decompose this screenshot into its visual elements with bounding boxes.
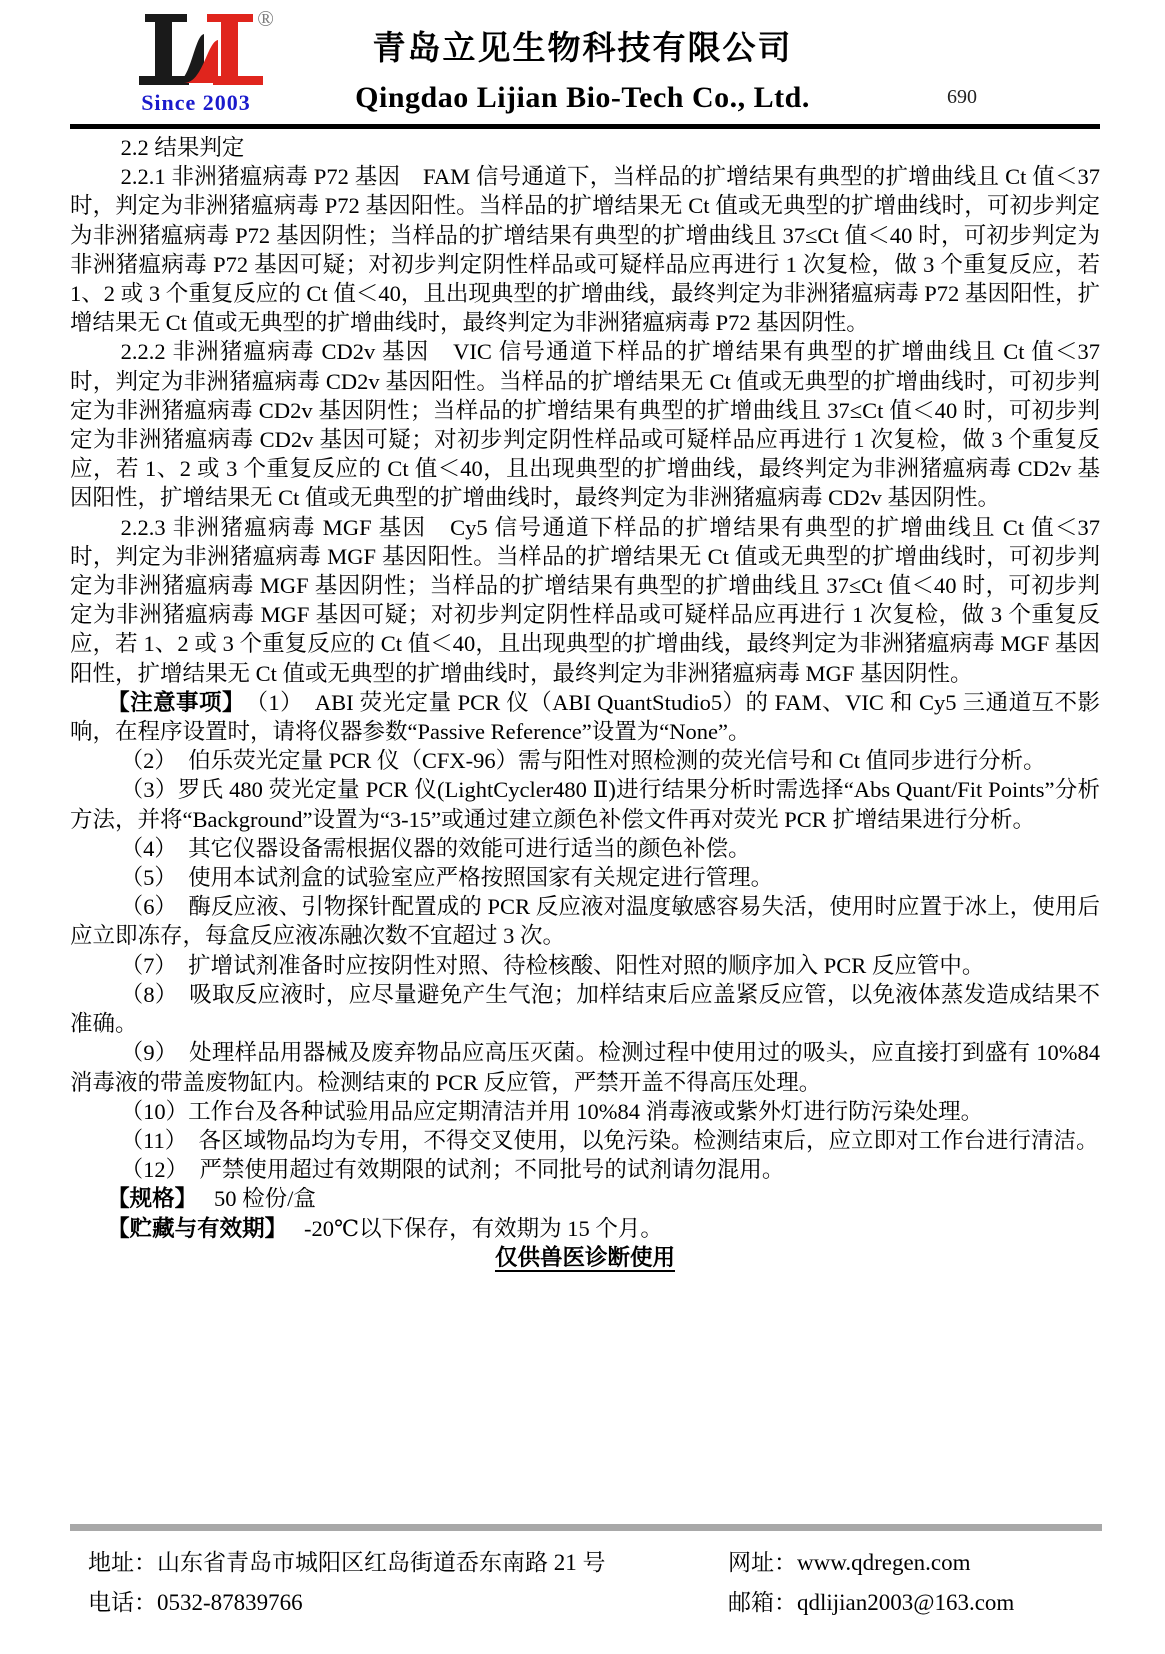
storage-validity-line: 【贮藏与有效期】 -20℃以下保存，有效期为 15 个月。 xyxy=(70,1214,1100,1243)
note-item-5: （5） 使用本试剂盒的试验室应严格按照国家有关规定进行管理。 xyxy=(70,863,1100,892)
spec-line: 【规格】 50 检份/盒 xyxy=(70,1184,1100,1213)
note-item-7: （7） 扩增试剂准备时应按阴性对照、待检核酸、阳性对照的顺序加入 PCR 反应管… xyxy=(70,951,1100,980)
footer-divider-rule xyxy=(70,1524,1102,1531)
footer-row-1: 地址：山东省青岛市城阳区红岛街道岙东南路 21 号 网址：www.qdregen… xyxy=(88,1543,1098,1583)
header-divider-rule xyxy=(70,124,1100,129)
page-footer: 地址：山东省青岛市城阳区红岛街道岙东南路 21 号 网址：www.qdregen… xyxy=(88,1543,1098,1623)
footer-row-2: 电话：0532-87839766 邮箱：qdlijian2003@163.com xyxy=(88,1583,1098,1623)
note-item-4: （4） 其它仪器设备需根据仪器的效能可进行适当的颜色补偿。 xyxy=(70,834,1100,863)
note-item-11: （11） 各区域物品均为专用，不得交叉使用，以免污染。检测结束后，应立即对工作台… xyxy=(70,1126,1100,1155)
email-value: qdlijian2003@163.com xyxy=(797,1590,1014,1615)
website-label: 网址： xyxy=(728,1550,797,1575)
veterinary-use-only-statement: 仅供兽医诊断使用 xyxy=(70,1243,1100,1272)
document-body: 2.2 结果判定 2.2.1 非洲猪瘟病毒 P72 基因 FAM 信号通道下，当… xyxy=(70,133,1100,1272)
note-item-10: （10）工作台及各种试验用品应定期清洁并用 10%84 消毒液或紫外灯进行防污染… xyxy=(70,1097,1100,1126)
spec-label: 【规格】 xyxy=(107,1186,186,1211)
para-2-2-2-cd2v-vic: 2.2.2 非洲猪瘟病毒 CD2v 基因 VIC 信号通道下样品的扩增结果有典型… xyxy=(70,337,1100,512)
spec-value: 50 检份/盒 xyxy=(186,1186,316,1211)
storage-validity-value: -20℃以下保存，有效期为 15 个月。 xyxy=(276,1216,663,1241)
phone-line: 电话：0532-87839766 xyxy=(88,1590,303,1615)
phone-value: 0532-87839766 xyxy=(157,1590,303,1615)
para-2-2-1-p72-fam: 2.2.1 非洲猪瘟病毒 P72 基因 FAM 信号通道下，当样品的扩增结果有典… xyxy=(70,162,1100,337)
page-number: 690 xyxy=(947,86,977,109)
note-item-12: （12） 严禁使用超过有效期限的试剂；不同批号的试剂请勿混用。 xyxy=(70,1155,1100,1184)
email-label: 邮箱： xyxy=(728,1590,797,1615)
website-line: 网址：www.qdregen.com xyxy=(728,1543,971,1583)
note-item-8: （8） 吸取反应液时，应尽量避免产生气泡；加样结束后应盖紧反应管，以免液体蒸发造… xyxy=(70,980,1100,1038)
notes-heading-and-item-1: 【注意事项】 （1） ABI 荧光定量 PCR 仪（ABI QuantStudi… xyxy=(70,688,1100,746)
section-heading-result-judgment: 2.2 结果判定 xyxy=(70,133,1100,162)
address-label: 地址： xyxy=(88,1550,157,1575)
notes-heading-label: 【注意事项】 xyxy=(107,690,234,715)
note-item-6: （6） 酶反应液、引物探针配置成的 PCR 反应液对温度敏感容易失活，使用时应置… xyxy=(70,892,1100,950)
website-value: www.qdregen.com xyxy=(797,1550,971,1575)
company-name-english: Qingdao Lijian Bio-Tech Co., Ltd. xyxy=(0,81,1165,115)
page-header: ® Since 2003 青岛立见生物科技有限公司 Qingdao Lijian… xyxy=(0,0,1165,124)
email-line: 邮箱：qdlijian2003@163.com xyxy=(728,1583,1014,1623)
address-value: 山东省青岛市城阳区红岛街道岙东南路 21 号 xyxy=(157,1550,606,1575)
phone-label: 电话： xyxy=(88,1590,157,1615)
para-2-2-3-mgf-cy5: 2.2.3 非洲猪瘟病毒 MGF 基因 Cy5 信号通道下样品的扩增结果有典型的… xyxy=(70,513,1100,688)
company-name-chinese: 青岛立见生物科技有限公司 xyxy=(0,22,1165,69)
storage-validity-label: 【贮藏与有效期】 xyxy=(107,1216,276,1241)
note-item-2: （2） 伯乐荧光定量 PCR 仪（CFX-96）需与阳性对照检测的荧光信号和 C… xyxy=(70,746,1100,775)
document-page: ® Since 2003 青岛立见生物科技有限公司 Qingdao Lijian… xyxy=(0,0,1165,1654)
address-line: 地址：山东省青岛市城阳区红岛街道岙东南路 21 号 xyxy=(88,1550,606,1575)
note-item-3: （3）罗氏 480 荧光定量 PCR 仪(LightCycler480 Ⅱ)进行… xyxy=(70,775,1100,833)
company-names: 青岛立见生物科技有限公司 Qingdao Lijian Bio-Tech Co.… xyxy=(0,0,1165,115)
note-item-9: （9） 处理样品用器械及废弃物品应高压灭菌。检测过程中使用过的吸头，应直接打到盛… xyxy=(70,1038,1100,1096)
